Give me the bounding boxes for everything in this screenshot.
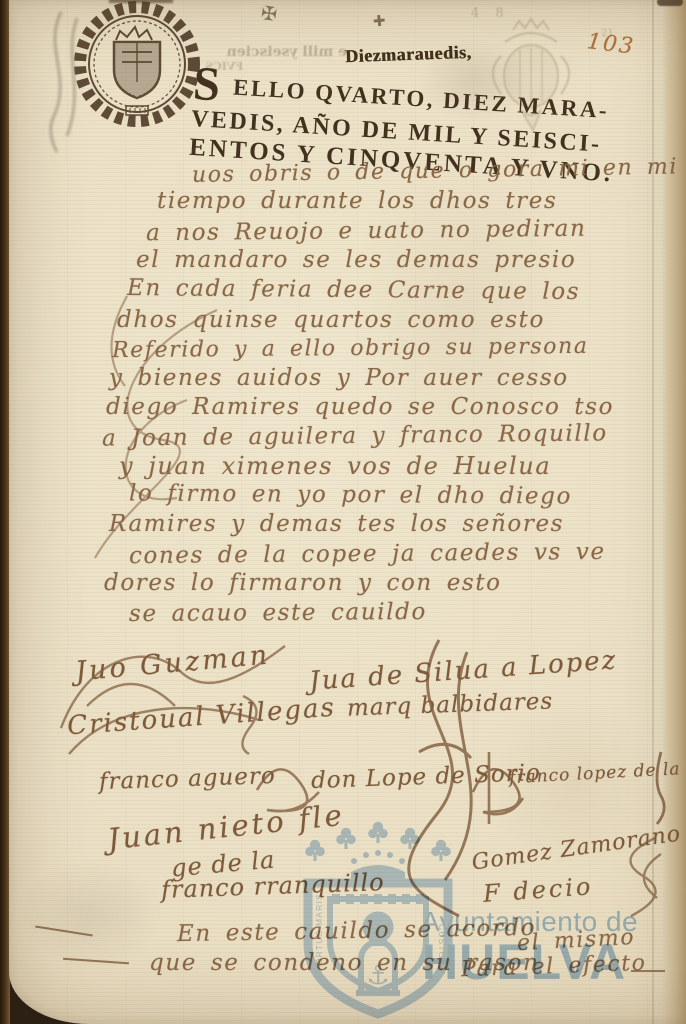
signature-rubric bbox=[649, 748, 671, 828]
signature-flourish bbox=[595, 832, 671, 922]
signature-rubric bbox=[459, 744, 527, 832]
margin-dash bbox=[35, 925, 93, 936]
ink-bleed-flourish bbox=[33, 8, 93, 158]
cross-mark-icon: ✚ bbox=[372, 11, 386, 30]
body-line: a nos Reuojo e uato no pediran bbox=[146, 216, 587, 247]
top-edge-ink-fragment bbox=[657, 0, 683, 6]
closing-line: Para el efecto bbox=[461, 951, 647, 982]
margin-dash bbox=[63, 958, 129, 965]
body-line: el mandaro se les demas presio bbox=[136, 247, 576, 273]
folio-number: 103 bbox=[586, 29, 637, 60]
tax-motto: Diezmarauedis, bbox=[345, 42, 472, 67]
signature: Juan nieto fle bbox=[106, 798, 346, 857]
closing-line: En este cauildo se acordo bbox=[177, 915, 537, 947]
body-line: tiempo durante los dhos tres bbox=[157, 188, 557, 214]
paper-stain bbox=[19, 860, 159, 970]
margin-flourish bbox=[67, 290, 237, 590]
paper-sheet: e mill yseiscien FVICS 4 8 21 ✠ ✚ 103 bbox=[9, 0, 686, 1024]
seal-initial: S bbox=[192, 56, 222, 113]
trailing-dash bbox=[631, 970, 665, 972]
cross-mark-icon: ✠ bbox=[260, 2, 279, 26]
scanned-manuscript-page: e mill yseiscien FVICS 4 8 21 ✠ ✚ 103 bbox=[0, 0, 686, 1024]
body-line: se acauo este cauildo bbox=[129, 599, 427, 627]
